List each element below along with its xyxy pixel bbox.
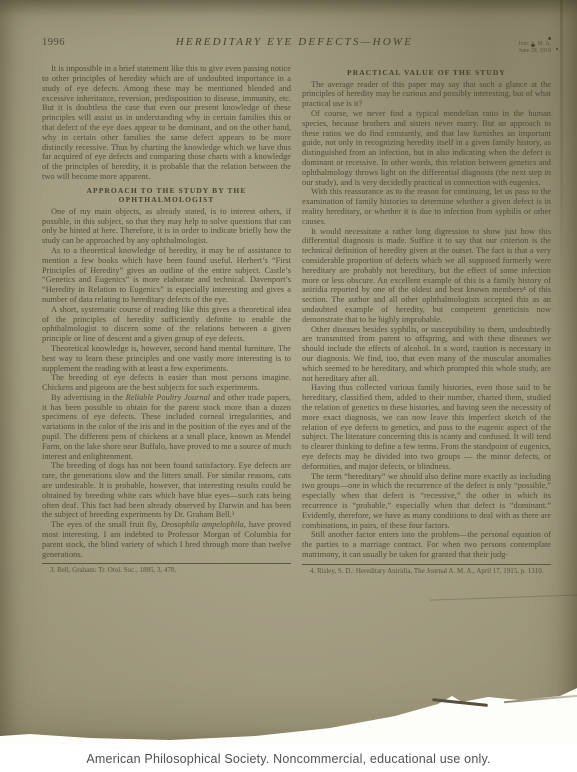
section-heading-line2: OPHTHALMOLOGIST — [42, 195, 291, 205]
running-title: HEREDITARY EYE DEFECTS—HOWE — [112, 36, 477, 48]
paragraph: As to a theoretical knowledge of heredit… — [42, 246, 291, 305]
page-header: 1996 HEREDITARY EYE DEFECTS—HOWE Jour. A… — [42, 36, 551, 54]
archive-footer: American Philosophical Society. Noncomme… — [0, 745, 577, 772]
footnote-rule — [42, 563, 291, 564]
section-heading-line1: PRACTICAL VALUE OF THE STUDY — [302, 68, 551, 78]
right-column: PRACTICAL VALUE OF THE STUDY The average… — [302, 64, 551, 575]
paragraph: The breeding of eye defects is easier th… — [42, 373, 291, 393]
paragraph: It is impossible in a brief statement li… — [42, 64, 291, 182]
two-column-text: It is impossible in a brief statement li… — [42, 64, 551, 575]
section-heading-line1: APPROACH TO THE STUDY BY THE — [42, 186, 291, 196]
footnote: 4. Risley, S. D.: Hereditary Aniridia, T… — [302, 567, 551, 575]
ink-speck — [531, 44, 535, 47]
section-heading-approach: APPROACH TO THE STUDY BY THE OPHTHALMOLO… — [42, 186, 291, 205]
page-number: 1996 — [42, 37, 112, 48]
left-column: It is impossible in a brief statement li… — [42, 64, 291, 575]
page-body: 1996 HEREDITARY EYE DEFECTS—HOWE Jour. A… — [0, 0, 577, 575]
page-crease — [430, 594, 577, 600]
paragraph: One of my main objects, as already state… — [42, 207, 291, 246]
paragraph: The breeding of dogs has not been found … — [42, 461, 291, 520]
page-fold-shadow — [560, 0, 563, 300]
ink-speck — [556, 48, 558, 50]
scanned-journal-page: 1996 HEREDITARY EYE DEFECTS—HOWE Jour. A… — [0, 0, 577, 748]
paragraph-text: The eyes of the small fruit fly, — [51, 520, 161, 529]
journal-reference-line2: June 29, 1918 — [477, 48, 551, 55]
paragraph-text: By advertising in the — [51, 393, 126, 402]
paragraph: By advertising in the Reliable Poultry J… — [42, 393, 291, 462]
journal-reference-line1: Jour. A. M. A. — [477, 41, 551, 48]
paragraph: A short, systematic course of reading li… — [42, 305, 291, 344]
paragraph: Other diseases besides syphilis, or susc… — [302, 325, 551, 384]
paragraph: Having thus collected various family his… — [302, 383, 551, 471]
italic-species-name: Drosophila ampelophila, — [161, 520, 246, 529]
paragraph: Still another factor enters into the pro… — [302, 530, 551, 559]
paragraph: The eyes of the small fruit fly, Drosoph… — [42, 520, 291, 559]
footnote-rule — [302, 564, 551, 565]
paragraph-text: and other trade papers, it has been poss… — [42, 393, 291, 461]
paragraph: Theoretical knowledge is, however, secon… — [42, 344, 291, 373]
italic-journal-name: Reliable Poultry Journal — [126, 393, 211, 402]
paragraph: The average reader of this paper may say… — [302, 80, 551, 109]
archive-credit: American Philosophical Society. Noncomme… — [86, 752, 490, 766]
section-heading-practical-value: PRACTICAL VALUE OF THE STUDY — [302, 68, 551, 78]
paragraph: The term “hereditary” we should also def… — [302, 472, 551, 531]
ink-speck — [548, 37, 551, 40]
paragraph: With this reassurance as to the reason f… — [302, 187, 551, 226]
paragraph: Of course, we never find a typical mende… — [302, 109, 551, 187]
footnote: 3. Bell, Graham: Tr. Otol. Soc., 1885, 3… — [42, 566, 291, 574]
paragraph: It would necessitate a rather long digre… — [302, 227, 551, 325]
journal-reference: Jour. A. M. A. June 29, 1918 — [477, 41, 551, 54]
